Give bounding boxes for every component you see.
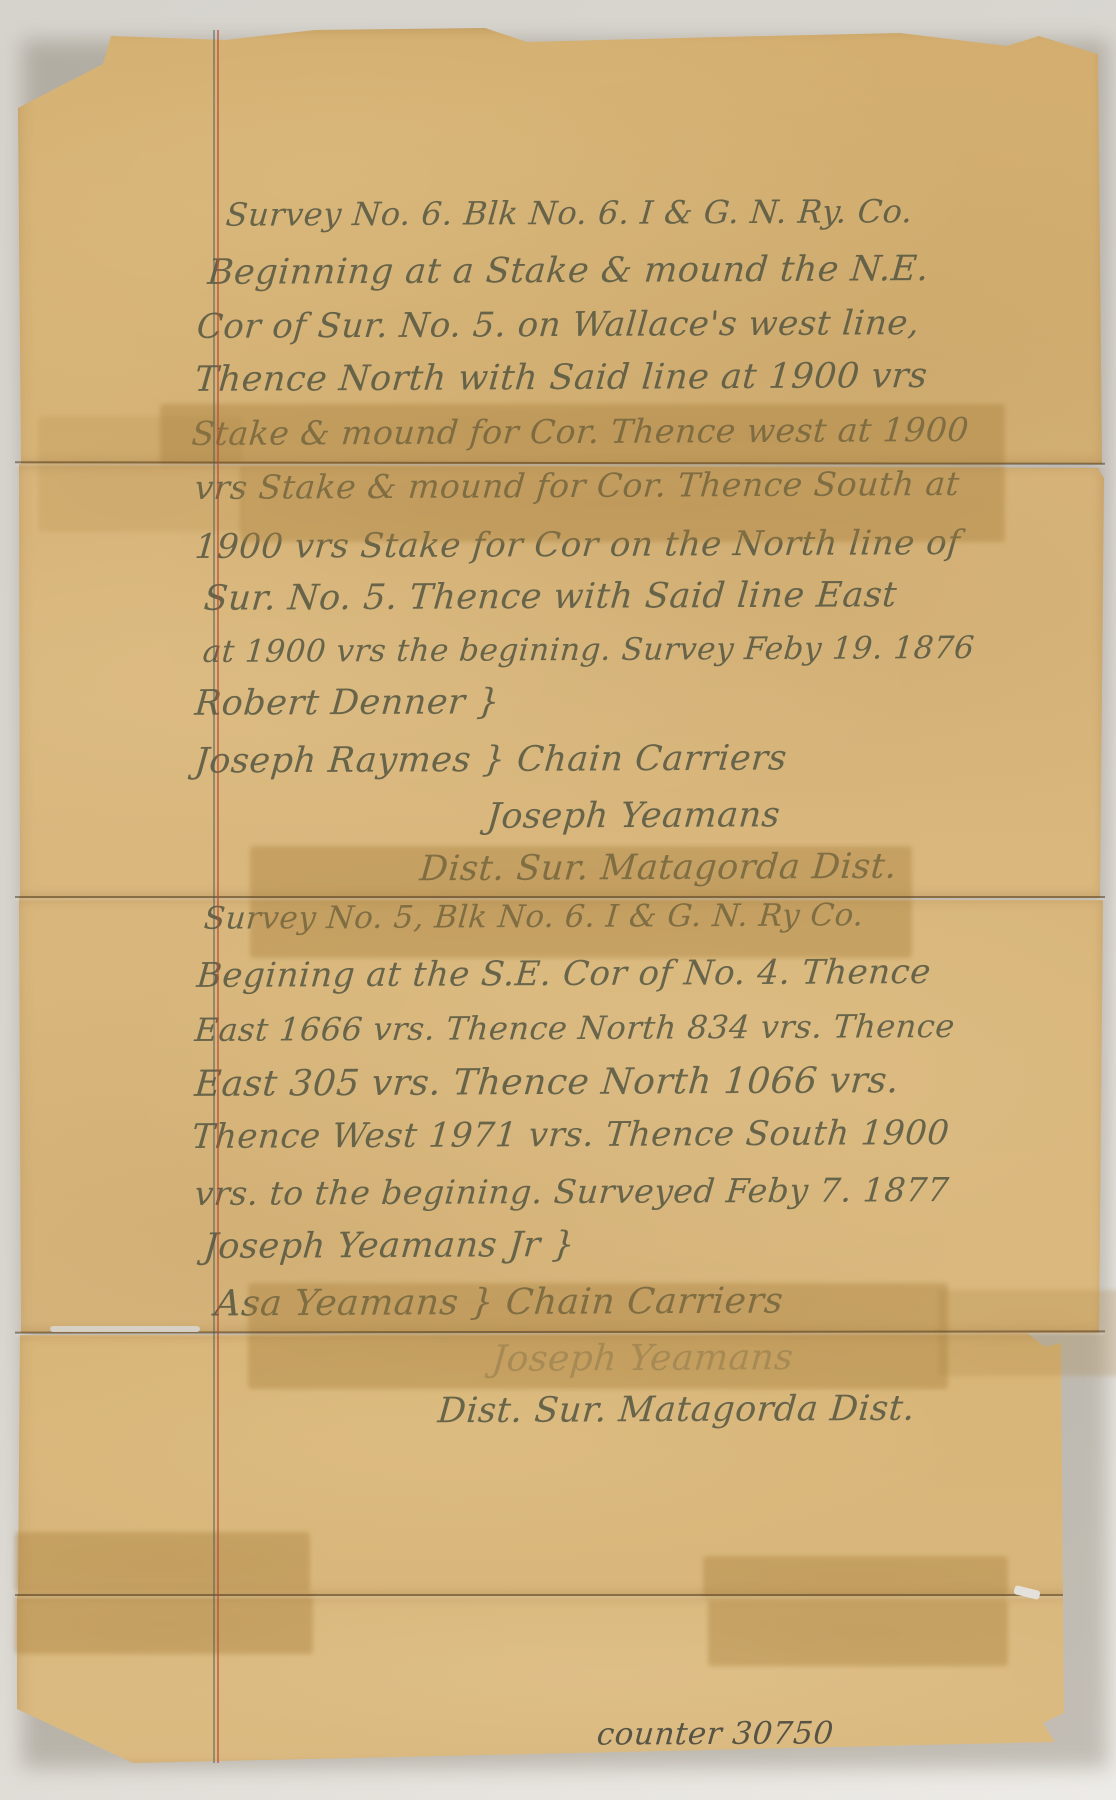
paper-seam bbox=[15, 896, 1105, 898]
tape-stain bbox=[240, 464, 1005, 542]
handwritten-line: Joseph Raymes } Chain Carriers bbox=[193, 737, 789, 782]
tape-stain bbox=[703, 1556, 1008, 1598]
handwritten-line: vrs. to the begining. Surveyed Feby 7. 1… bbox=[193, 1170, 951, 1214]
handwritten-line: Survey No. 6. Blk No. 6. I & G. N. Ry. C… bbox=[224, 192, 914, 234]
margin-rule-dark bbox=[213, 30, 215, 1763]
handwritten-line: Robert Denner } bbox=[193, 681, 501, 725]
tape-stain bbox=[15, 1532, 310, 1592]
handwritten-line: Cor of Sur. No. 5. on Wallace's west lin… bbox=[195, 303, 921, 348]
margin-rule-red bbox=[217, 30, 219, 1763]
handwritten-line: Thence West 1971 vrs. Thence South 1900 bbox=[190, 1113, 951, 1158]
handwritten-line: Beginning at a Stake & mound the N.E. bbox=[206, 248, 930, 294]
handwritten-line: Joseph Yeamans Jr } bbox=[202, 1224, 576, 1268]
tape-stain bbox=[938, 1290, 1116, 1376]
handwritten-line: Thence North with Said line at 1900 vrs bbox=[193, 355, 929, 401]
handwritten-line: East 1666 vrs. Thence North 834 vrs. The… bbox=[193, 1007, 956, 1049]
tape-stain bbox=[15, 1594, 313, 1654]
counter-annotation: counter 30750 bbox=[595, 1715, 835, 1753]
scanner-background: Survey No. 6. Blk No. 6. I & G. N. Ry. C… bbox=[0, 0, 1116, 1800]
tape-stain bbox=[160, 404, 1005, 464]
tape-stain bbox=[248, 1283, 948, 1389]
handwritten-line: Joseph Yeamans bbox=[485, 794, 782, 838]
handwritten-line: Begining at the S.E. Cor of No. 4. Thenc… bbox=[195, 952, 932, 997]
handwritten-line: Dist. Sur. Matagorda Dist. bbox=[436, 1388, 917, 1432]
handwritten-line: East 305 vrs. Thence North 1066 vrs. bbox=[193, 1059, 901, 1106]
handwritten-line: Sur. No. 5. Thence with Said line East bbox=[202, 574, 899, 620]
paper-tear bbox=[50, 1326, 200, 1332]
paper-seam bbox=[15, 1594, 1063, 1596]
tape-stain bbox=[250, 846, 912, 958]
tape-stain bbox=[708, 1600, 1008, 1666]
handwritten-line: at 1900 vrs the begining. Survey Feby 19… bbox=[201, 630, 976, 671]
